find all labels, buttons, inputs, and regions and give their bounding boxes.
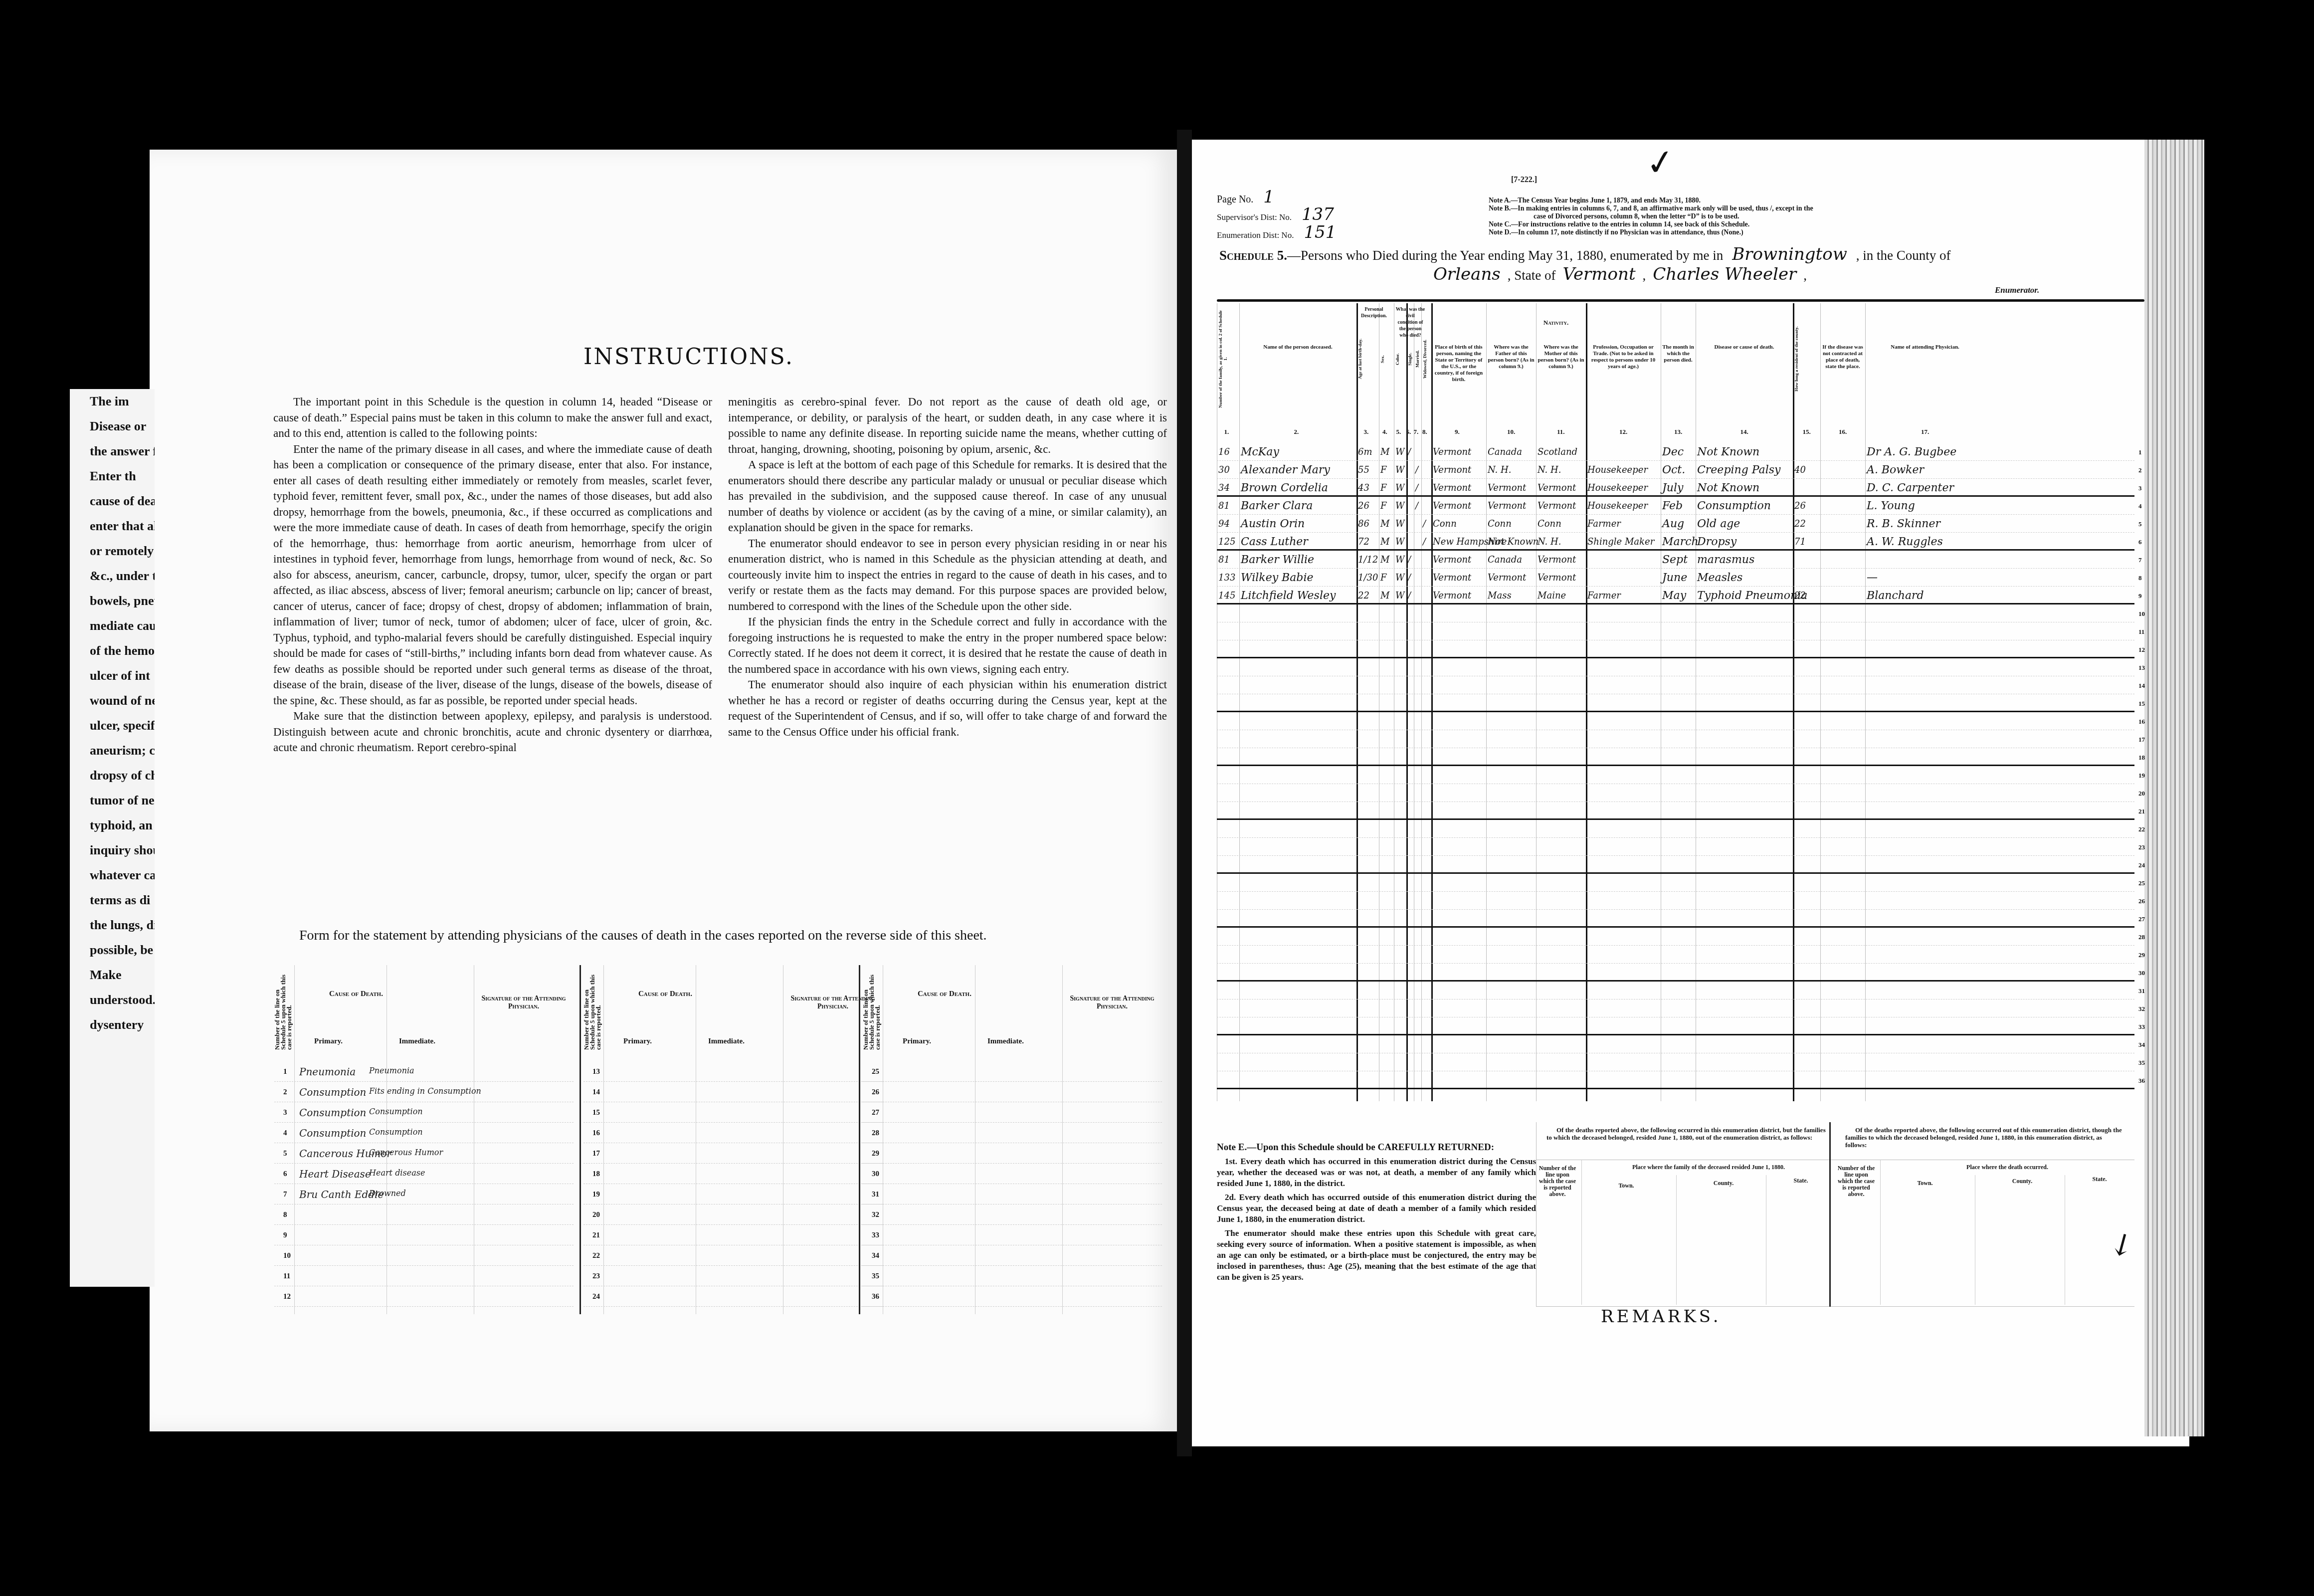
cell-occupation: Housekeeper — [1587, 462, 1648, 479]
edge-text-fragment: &c., under th — [70, 564, 155, 589]
schedule-row[interactable]: 28 — [1217, 929, 2134, 946]
nativity-group-header: Nativity. — [1496, 319, 1616, 326]
schedule-row[interactable]: 17 — [1217, 731, 2134, 748]
check-mark-annotation: ✓ — [1643, 140, 1678, 185]
cell-name: Barker Clara — [1241, 498, 1313, 515]
physician-form-row[interactable]: 6Heart DiseaseHeart disease — [274, 1167, 574, 1184]
edge-text-fragment: terms as di — [70, 888, 155, 913]
schedule-row[interactable]: 8133Wilkey Babie1/30FW/VermontVermontVer… — [1217, 570, 2134, 587]
column-number: 15. — [1803, 428, 1811, 436]
physician-form-row[interactable]: 19 — [583, 1188, 883, 1204]
physician-form-row[interactable]: 25 — [863, 1065, 1162, 1082]
cell-disease: Old age — [1697, 516, 1740, 533]
cause-of-death-header: Cause of Death. — [918, 990, 971, 998]
schedule-row[interactable]: 21 — [1217, 803, 2134, 820]
edge-text-fragment: the answer fu — [70, 439, 155, 464]
physician-form-row[interactable]: 11 — [274, 1269, 574, 1286]
table-body: Number of the line upon which the case i… — [1835, 1160, 2134, 1304]
cell-disease: Dropsy — [1697, 534, 1736, 551]
schedule-row[interactable]: 18 — [1217, 749, 2134, 766]
physician-form-row[interactable]: 30 — [863, 1167, 1162, 1184]
column-header: Place of birth of this person, naming th… — [1432, 344, 1485, 383]
cell-month: March — [1662, 534, 1699, 551]
physician-form-row[interactable]: 34 — [863, 1249, 1162, 1266]
line-number: 10 — [283, 1252, 291, 1260]
physician-form-row[interactable]: 18 — [583, 1167, 883, 1184]
schedule-row[interactable]: 14 — [1217, 677, 2134, 694]
cell-color: W — [1395, 516, 1405, 533]
line-number: 36 — [2138, 1072, 2145, 1089]
instructions-paragraph: Make sure that the distinction between a… — [273, 708, 712, 756]
cell-disease: Creeping Palsy — [1697, 462, 1780, 479]
schedule-row[interactable]: 31 — [1217, 983, 2134, 999]
schedule-row[interactable]: 30 — [1217, 965, 2134, 982]
physician-form-row[interactable]: 15 — [583, 1106, 883, 1123]
cell-physician: R. B. Skinner — [1867, 516, 1940, 533]
county-label: , in the County of — [1856, 248, 1951, 263]
cell-residence: 22 — [1794, 588, 1806, 604]
instructions-title: INSTRUCTIONS. — [583, 344, 794, 370]
book-gutter — [1177, 130, 1192, 1456]
table-body: Number of the line upon which the case i… — [1537, 1160, 1835, 1304]
line-number: 9 — [283, 1231, 287, 1240]
primary-header: Primary. — [314, 1037, 343, 1046]
note-a: Note A.—The Census Year begins June 1, 1… — [1489, 197, 1962, 205]
schedule-row[interactable]: 116McKay6mMW/VermontCanadaScotlandDecNot… — [1217, 444, 2134, 461]
line-number: 16 — [592, 1129, 600, 1138]
edge-text-fragment: enter that al — [70, 514, 155, 539]
enumeration-dist-label: Enumeration Dist: No. — [1217, 230, 1294, 240]
schedule-number: Schedule 5. — [1219, 248, 1287, 263]
mortality-schedule-table: Number of the family, as given in col. 2… — [1217, 299, 2144, 1107]
physician-form-title: Form for the statement by attending phys… — [299, 928, 987, 944]
schedule-row[interactable]: 36 — [1217, 1072, 2134, 1089]
schedule-row[interactable]: 6125Cass Luther72MW/New HampshireNot Kno… — [1217, 534, 2134, 551]
column-header: Where was the Father of this person born… — [1487, 344, 1535, 370]
line-number: 30 — [872, 1170, 879, 1179]
physician-form-row[interactable]: 1PneumoniaPneumonia — [274, 1065, 574, 1082]
place-header: Place where the death occurred. — [1885, 1164, 2129, 1171]
edge-text-fragment: mediate cau — [70, 613, 155, 638]
instructions-paragraph: A space is left at the bottom of each pa… — [728, 457, 1167, 536]
cell-family: 81 — [1218, 552, 1230, 569]
line-number: 12 — [283, 1293, 291, 1301]
cell-mother: Scotland — [1538, 444, 1577, 461]
schedule-row[interactable]: 230Alexander Mary55FW/VermontN. H.N. H.H… — [1217, 462, 2134, 479]
column-number: 5. — [1396, 428, 1401, 436]
cell-family: 30 — [1218, 462, 1230, 479]
column-header: Age at last birth-day. — [1357, 309, 1378, 409]
line-number: 18 — [2138, 749, 2145, 766]
cell-disease: Consumption — [1697, 498, 1771, 515]
physician-form-row[interactable]: 10 — [274, 1249, 574, 1266]
schedule-row[interactable]: 23 — [1217, 839, 2134, 856]
page-stack-edge — [2144, 140, 2204, 1436]
instructions-paragraph: The important point in this Schedule is … — [273, 394, 712, 441]
physician-form-row[interactable]: 5Cancerous HumorCancerous Humor — [274, 1147, 574, 1164]
cell-birth: Conn — [1433, 516, 1457, 533]
edge-text-fragment: aneurism; c — [70, 738, 155, 763]
cell-color: W — [1395, 570, 1405, 587]
physician-form-row[interactable]: 3ConsumptionConsumption — [274, 1106, 574, 1123]
line-number: 31 — [872, 1191, 879, 1199]
edge-text-fragment: the lungs, di — [70, 913, 155, 938]
schedule-row[interactable]: 22 — [1217, 821, 2134, 838]
cell-mother: Vermont — [1538, 570, 1576, 587]
note-e: Note E.—Upon this Schedule should be CAR… — [1217, 1142, 1536, 1286]
line-number: 15 — [592, 1109, 600, 1117]
schedule-row[interactable]: 32 — [1217, 1000, 2134, 1017]
form-code: [7-222.] — [1511, 176, 1537, 185]
physician-form-row[interactable]: 23 — [583, 1269, 883, 1286]
cell-physician: L. Young — [1867, 498, 1915, 515]
line-number: 31 — [2138, 983, 2145, 999]
cell-family: 94 — [1218, 516, 1230, 533]
cell-father: Canada — [1488, 444, 1522, 461]
schedule-row[interactable]: 19 — [1217, 767, 2134, 784]
line-number: 4 — [2138, 498, 2142, 515]
table-top-rule — [1217, 299, 2144, 302]
schedule-row[interactable]: 16 — [1217, 713, 2134, 730]
physician-form-row[interactable]: 20 — [583, 1208, 883, 1225]
cell-mother: Vermont — [1538, 552, 1576, 569]
cell-physician: — — [1867, 570, 1878, 587]
column-number: 4. — [1382, 428, 1387, 436]
deaths-out-of-district-table: Of the deaths reported above, the follow… — [1835, 1122, 2134, 1307]
physician-form-row[interactable]: 21 — [583, 1228, 883, 1245]
column-header: Number of the family, as given in col. 2… — [1218, 309, 1238, 409]
cell-month: Sept — [1662, 552, 1688, 569]
cell-father: Not Known — [1488, 534, 1539, 551]
physician-form-row[interactable]: 24 — [583, 1290, 883, 1307]
line-number-header: Number of the line on Schedule 5 upon wh… — [274, 970, 289, 1050]
schedule-row[interactable]: 29 — [1217, 947, 2134, 964]
divider — [1880, 1160, 1881, 1305]
cell-month: May — [1662, 588, 1686, 604]
column-header: Name of the person deceased. — [1240, 344, 1355, 351]
schedule-row[interactable]: 15 — [1217, 695, 2134, 712]
physician-form-row[interactable]: 2ConsumptionFits ending in Consumption — [274, 1085, 574, 1102]
cell-age: 1/30 — [1358, 570, 1378, 587]
state-name: Vermont — [1562, 264, 1635, 284]
line-number: 4 — [283, 1129, 287, 1138]
physician-form-row[interactable]: 22 — [583, 1249, 883, 1266]
cell-birth: Vermont — [1433, 588, 1471, 604]
column-number: 16. — [1839, 428, 1847, 436]
cell-age: 1/12 — [1358, 552, 1378, 569]
immediate-header: Immediate. — [987, 1037, 1024, 1046]
cell-mother: Vermont — [1538, 480, 1576, 497]
physician-form-row[interactable]: 28 — [863, 1126, 1162, 1143]
note-e-paragraph: The enumerator should make these entries… — [1217, 1228, 1536, 1283]
primary-header: Primary. — [903, 1037, 931, 1046]
physician-form-row[interactable]: 14 — [583, 1085, 883, 1102]
cell-father: Canada — [1488, 552, 1522, 569]
cell-name: Barker Willie — [1241, 552, 1314, 569]
cell-father: N. H. — [1488, 462, 1511, 479]
column-number: 8. — [1422, 428, 1427, 436]
physician-form-row[interactable]: 29 — [863, 1147, 1162, 1164]
schedule-subtitle: Orleans, State ofVermont,Charles Wheeler… — [1426, 264, 1807, 284]
divider — [1676, 1175, 1677, 1305]
cell-single: / — [1408, 588, 1411, 604]
civil-group-header: What was the civil condition of the pers… — [1395, 306, 1425, 339]
cell-married: / — [1415, 480, 1418, 497]
schedule-row[interactable]: 34 — [1217, 1036, 2134, 1053]
physician-form-row[interactable]: 7Bru Canth EddieDrowned — [274, 1188, 574, 1204]
line-number: 9 — [2138, 588, 2142, 604]
note-d: Note D.—In column 17, note distinctly if… — [1489, 229, 1962, 237]
line-number: 10 — [2138, 605, 2145, 622]
schedule-row[interactable]: 13 — [1217, 659, 2134, 676]
line-number: 18 — [592, 1170, 600, 1179]
edge-text-fragment: inquiry shou — [70, 838, 155, 863]
column-header: Sex. — [1380, 309, 1393, 409]
cell-occupation: Housekeeper — [1587, 480, 1648, 497]
edge-text-fragment: understood. — [70, 988, 155, 1012]
cell-age: 22 — [1358, 588, 1369, 604]
physician-form-row[interactable]: 31 — [863, 1188, 1162, 1204]
note-e-paragraph: 1st. Every death which has occurred in t… — [1217, 1156, 1536, 1189]
cell-father: Mass — [1488, 588, 1512, 604]
physician-form-row[interactable]: 32 — [863, 1208, 1162, 1225]
remarks-title: REMARKS. — [1601, 1307, 1722, 1327]
line-number: 24 — [2138, 857, 2145, 874]
cell-sex: M — [1380, 552, 1389, 569]
cell-occupation: Housekeeper — [1587, 498, 1648, 515]
schedule-row[interactable]: 35 — [1217, 1054, 2134, 1071]
cell-single: / — [1408, 444, 1411, 461]
schedule-row[interactable]: 481Barker Clara26FW/VermontVermontVermon… — [1217, 498, 2134, 515]
physician-form-row[interactable]: 26 — [863, 1085, 1162, 1102]
schedule-title-text: —Persons who Died during the Year ending… — [1287, 248, 1723, 263]
cell-mother: N. H. — [1538, 534, 1561, 551]
township-name: Browningtow — [1732, 244, 1847, 264]
cell-age: 55 — [1358, 462, 1369, 479]
cell-widowed: / — [1423, 534, 1426, 551]
schedule-row[interactable]: 10 — [1217, 605, 2134, 622]
personal-group-header: Personal Description. — [1359, 306, 1389, 319]
line-number: 32 — [2138, 1000, 2145, 1017]
signature-header: Signature of the Attending Physician. — [1067, 995, 1157, 1011]
column-number: 9. — [1455, 428, 1460, 436]
line-number: 21 — [2138, 803, 2145, 820]
primary-header: Primary. — [623, 1037, 652, 1046]
edge-text-fragment: of the hemo — [70, 638, 155, 663]
line-number: 6 — [283, 1170, 287, 1179]
instructions-left-column: The important point in this Schedule is … — [273, 394, 712, 756]
physician-form-row[interactable]: 33 — [863, 1228, 1162, 1245]
cell-residence: 71 — [1794, 534, 1806, 551]
county-name: Orleans — [1433, 264, 1501, 284]
divider — [1766, 1175, 1766, 1305]
line-number: 36 — [872, 1293, 879, 1301]
line-number-header: Number of the line on Schedule 5 upon wh… — [863, 970, 878, 1050]
line-number: 25 — [2138, 875, 2145, 892]
edge-text-fragment: Disease or — [70, 414, 155, 439]
cell-name: Cass Luther — [1241, 534, 1308, 551]
line-number: 8 — [2138, 570, 2142, 587]
column-number: 11. — [1557, 428, 1565, 436]
column-header: Disease or cause of death. — [1697, 344, 1792, 351]
cell-physician: Dr A. G. Bugbee — [1867, 444, 1956, 461]
column-number: 10. — [1507, 428, 1515, 436]
cell-married: / — [1415, 462, 1418, 479]
column-number: 2. — [1294, 428, 1299, 436]
schedule-notes: Note A.—The Census Year begins June 1, 1… — [1489, 197, 1962, 237]
line-number: 12 — [2138, 641, 2145, 658]
note-b-continued: case of Divorced persons, column 8, when… — [1489, 213, 1962, 221]
instructions-paragraph: The enumerator should endeavor to see in… — [728, 536, 1167, 614]
cell-occupation: Farmer — [1587, 516, 1621, 533]
schedule-row[interactable]: 334Brown Cordelia43FW/VermontVermontVerm… — [1217, 480, 2134, 497]
schedule-title: Schedule 5.—Persons who Died during the … — [1219, 244, 1951, 264]
schedule-row[interactable]: 27 — [1217, 911, 2134, 928]
edge-text-fragment: dysentery — [70, 1012, 155, 1037]
town-header: Town. — [1895, 1180, 1955, 1187]
schedule-row[interactable]: 26 — [1217, 893, 2134, 910]
cell-age: 72 — [1358, 534, 1369, 551]
line-number: 13 — [592, 1068, 600, 1076]
immediate-header: Immediate. — [399, 1037, 435, 1046]
line-number: 29 — [872, 1150, 879, 1158]
line-number: 15 — [2138, 695, 2145, 712]
edge-text-fragment: ulcer, specify — [70, 713, 155, 738]
cell-family: 16 — [1218, 444, 1230, 461]
cell-color: W — [1395, 552, 1405, 569]
cell-father: Vermont — [1488, 498, 1526, 515]
column-number: 14. — [1740, 428, 1748, 436]
line-number: 35 — [2138, 1054, 2145, 1071]
cell-disease: Not Known — [1697, 444, 1759, 461]
schedule-row[interactable]: 33 — [1217, 1018, 2134, 1035]
enumeration-dist-value: 151 — [1304, 222, 1336, 242]
line-number: 19 — [2138, 767, 2145, 784]
physician-form-row[interactable]: 16 — [583, 1126, 883, 1143]
cell-sex: F — [1380, 570, 1387, 587]
cell-month: June — [1662, 570, 1687, 587]
physician-form-row[interactable]: 35 — [863, 1269, 1162, 1286]
immediate-cause: Fits ending in Consumption — [369, 1086, 481, 1096]
cell-disease: Measles — [1697, 570, 1742, 587]
edge-text-fragment: dropsy of ch — [70, 763, 155, 788]
immediate-cause: Consumption — [369, 1107, 423, 1116]
deaths-in-district-table: Of the deaths reported above, the follow… — [1536, 1122, 1835, 1307]
cell-name: Alexander Mary — [1241, 462, 1330, 479]
physician-form-row[interactable]: 12 — [274, 1290, 574, 1307]
line-number: 27 — [2138, 911, 2145, 928]
line-number: 23 — [2138, 839, 2145, 856]
county-header: County. — [1686, 1180, 1761, 1187]
line-number: 22 — [2138, 821, 2145, 838]
cell-disease: Not Known — [1697, 480, 1759, 497]
immediate-cause: Pneumonia — [369, 1066, 414, 1075]
table-intro: Of the deaths reported above, the follow… — [1546, 1126, 1826, 1141]
line-number: 2 — [2138, 462, 2142, 479]
cell-birth: Vermont — [1433, 570, 1471, 587]
line-number: 6 — [2138, 534, 2142, 551]
line-number: 27 — [872, 1109, 879, 1117]
schedule-row[interactable]: 20 — [1217, 785, 2134, 802]
line-number: 7 — [2138, 552, 2142, 569]
cell-family: 145 — [1218, 588, 1235, 604]
cell-sex: F — [1380, 480, 1387, 497]
physician-form-row[interactable]: 13 — [583, 1065, 883, 1082]
line-number: 17 — [592, 1150, 600, 1158]
line-number: 11 — [2138, 623, 2144, 640]
edge-text-fragment: typhoid, an — [70, 813, 155, 838]
edge-text-fragment: The im — [70, 389, 155, 414]
column-header: Profession, Occupation or Trade. (Not to… — [1587, 344, 1660, 370]
column-number: 7. — [1414, 428, 1419, 436]
cell-name: Wilkey Babie — [1241, 570, 1314, 587]
cell-residence: 26 — [1794, 498, 1806, 515]
cell-month: Oct. — [1662, 462, 1685, 479]
edge-text-fragment: bowels, pneu — [70, 589, 155, 613]
physician-form-block: Number of the line on Schedule 5 upon wh… — [274, 965, 574, 1314]
cell-disease: marasmus — [1697, 552, 1754, 569]
cell-single: / — [1408, 570, 1411, 587]
column-number: 6. — [1406, 428, 1411, 436]
cell-birth: Vermont — [1433, 462, 1471, 479]
cell-color: W — [1395, 444, 1405, 461]
line-number: 19 — [592, 1191, 600, 1199]
cell-physician: A. W. Ruggles — [1867, 534, 1943, 551]
column-header: The month in which the person died. — [1662, 344, 1695, 364]
physician-form-row[interactable]: 4ConsumptionConsumption — [274, 1126, 574, 1143]
line-number: 23 — [592, 1272, 600, 1281]
divider — [2065, 1175, 2065, 1305]
physician-form-row[interactable]: 17 — [583, 1147, 883, 1164]
schedule-row[interactable]: 11 — [1217, 623, 2134, 640]
enumerator-name: Charles Wheeler — [1653, 264, 1796, 284]
cell-sex: M — [1380, 516, 1389, 533]
line-number: 34 — [872, 1252, 879, 1260]
cause-of-death-header: Cause of Death. — [329, 990, 383, 998]
physician-form-row[interactable]: 8 — [274, 1208, 574, 1225]
note-e-heading: Note E.—Upon this Schedule should be CAR… — [1217, 1142, 1536, 1153]
schedule-row[interactable]: 24 — [1217, 857, 2134, 874]
cell-age: 26 — [1358, 498, 1369, 515]
line-number: 11 — [283, 1272, 290, 1281]
line-number: 24 — [592, 1293, 600, 1301]
physician-form-row[interactable]: 9 — [274, 1228, 574, 1245]
schedule-row[interactable]: 25 — [1217, 875, 2134, 892]
cell-physician: Blanchard — [1867, 588, 1924, 604]
line-number: 17 — [2138, 731, 2145, 748]
cell-residence: 22 — [1794, 516, 1806, 533]
cell-sex: F — [1380, 498, 1387, 515]
cell-mother: Maine — [1538, 588, 1566, 604]
schedule-row[interactable]: 781Barker Willie1/12MW/VermontCanadaVerm… — [1217, 552, 2134, 569]
physician-form-row[interactable]: 27 — [863, 1106, 1162, 1123]
physician-form-row[interactable]: 36 — [863, 1290, 1162, 1307]
schedule-row[interactable]: 12 — [1217, 641, 2134, 658]
line-number: 33 — [872, 1231, 879, 1240]
cell-physician: D. C. Carpenter — [1867, 480, 1954, 497]
line-number: 22 — [592, 1252, 600, 1260]
instructions-paragraph: meningitis as cerebro-spinal fever. Do n… — [728, 394, 1167, 457]
column-header: Name of attending Physician. — [1866, 344, 1984, 351]
cell-month: July — [1662, 480, 1683, 497]
note-c: Note C.—For instructions relative to the… — [1489, 221, 1962, 229]
schedule-row[interactable]: 594Austin Orin86MW/ConnConnConnFarmerAug… — [1217, 516, 2134, 533]
cell-age: 43 — [1358, 480, 1369, 497]
state-header: State. — [1776, 1178, 1826, 1184]
schedule-row[interactable]: 9145Litchfield Wesley22MW/VermontMassMai… — [1217, 588, 2134, 604]
cell-sex: F — [1380, 462, 1387, 479]
line-number: 7 — [283, 1191, 287, 1199]
